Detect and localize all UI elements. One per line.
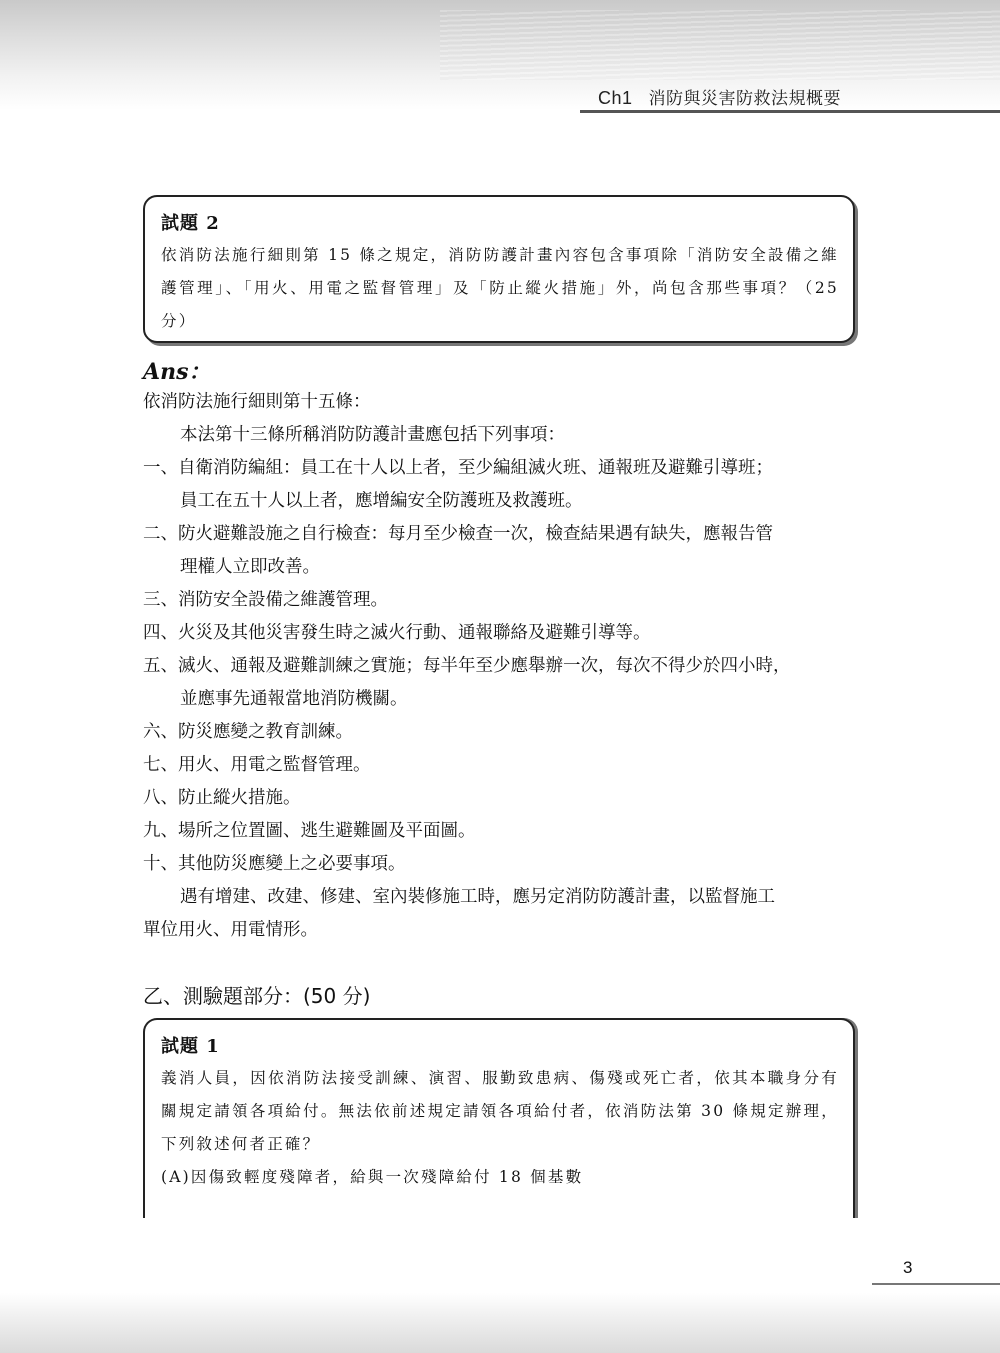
answer-item-4: 四、火災及其他災害發生時之滅火行動、通報聯絡及避難引導等。 xyxy=(143,617,863,650)
answer-item-3: 三、消防安全設備之維護管理。 xyxy=(143,584,863,617)
answer-mark: Ans xyxy=(143,359,188,385)
answer-body: 依消防法施行細則第十五條： 本法第十三條所稱消防防護計畫應包括下列事項： 一、自… xyxy=(143,386,863,947)
header-rule xyxy=(580,110,1000,113)
answer-item-6: 六、防災應變之教育訓練。 xyxy=(143,716,863,749)
answer-item-5-cont: 並應事先通報當地消防機關。 xyxy=(143,683,863,716)
page-number-rule xyxy=(872,1283,1000,1285)
question-title: 試題 1 xyxy=(161,1032,839,1058)
section-title: 乙、測驗題部分：(50 分) xyxy=(143,980,370,1009)
option-a: (A)因傷致輕度殘障者，給與一次殘障給付 18 個基數 xyxy=(161,1161,839,1194)
answer-closing: 遇有增建、改建、修建、室內裝修施工時，應另定消防防護計畫，以監督施工 xyxy=(143,881,863,914)
answer-item-10: 十、其他防災應變上之必要事項。 xyxy=(143,848,863,881)
answer-colon: ： xyxy=(188,359,210,385)
answer-line: 依消防法施行細則第十五條： xyxy=(143,386,863,419)
running-header: Ch1消防與災害防救法規概要 xyxy=(598,84,841,109)
answer-item-1-cont: 員工在五十人以上者，應增編安全防護班及救護班。 xyxy=(143,485,863,518)
page-number: 3 xyxy=(903,1258,912,1278)
answer-item-7: 七、用火、用電之監督管理。 xyxy=(143,749,863,782)
answer-item-8: 八、防止縱火措施。 xyxy=(143,782,863,815)
answer-item-2: 二、防火避難設施之自行檢查：每月至少檢查一次，檢查結果遇有缺失，應報告管 xyxy=(143,518,863,551)
answer-item-5: 五、滅火、通報及避難訓練之實施；每半年至少應舉辦一次，每次不得少於四小時， xyxy=(143,650,863,683)
answer-label: Ans： xyxy=(143,355,210,386)
answer-closing-cont: 單位用火、用電情形。 xyxy=(143,914,863,947)
answer-item-9: 九、場所之位置圖、逃生避難圖及平面圖。 xyxy=(143,815,863,848)
footer-background xyxy=(0,1293,1000,1353)
chapter-title: 消防與災害防救法規概要 xyxy=(649,89,842,109)
chapter-number: Ch1 xyxy=(598,88,633,108)
question-box-1: 試題 1 義消人員，因依消防法接受訓練、演習、服勤致患病、傷殘或死亡者，依其本職… xyxy=(143,1018,855,1218)
question-text: 依消防法施行細則第 15 條之規定，消防防護計畫內容包含事項除「消防安全設備之維… xyxy=(161,239,839,338)
answer-item-1: 一、自衛消防編組：員工在十人以上者，至少編組滅火班、通報班及避難引導班； xyxy=(143,452,863,485)
answer-line: 本法第十三條所稱消防防護計畫應包括下列事項： xyxy=(143,419,863,452)
question-box-2: 試題 2 依消防法施行細則第 15 條之規定，消防防護計畫內容包含事項除「消防安… xyxy=(143,195,855,343)
header-background xyxy=(0,0,1000,110)
answer-item-2-cont: 理權人立即改善。 xyxy=(143,551,863,584)
question-text: 義消人員，因依消防法接受訓練、演習、服勤致患病、傷殘或死亡者，依其本職身分有關規… xyxy=(161,1062,839,1161)
question-title: 試題 2 xyxy=(161,209,839,235)
